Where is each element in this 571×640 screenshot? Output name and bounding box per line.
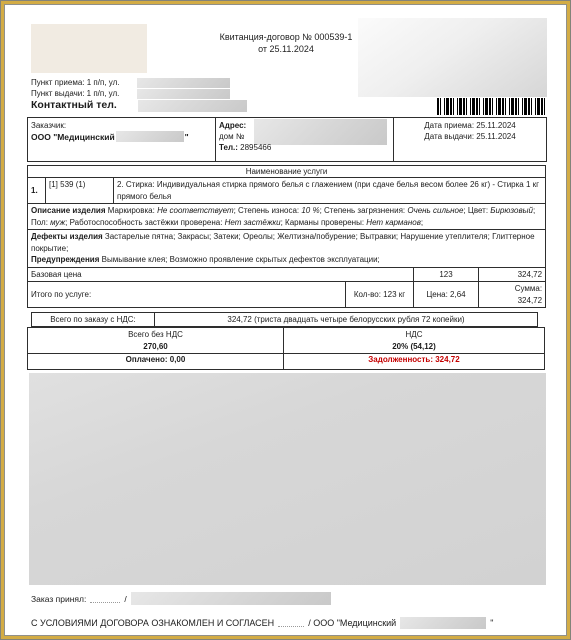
item-description-cell: Описание изделия Маркировка: Не соответс…	[28, 204, 546, 230]
redaction-box	[358, 18, 547, 97]
item-desc-tail: ;	[421, 218, 423, 227]
item-desc-value: 10 %	[301, 206, 319, 215]
phone-label: Тел.:	[219, 143, 238, 152]
address-label: Адрес:	[219, 121, 246, 130]
order-accepted-line: Заказ принял: /	[31, 591, 331, 605]
debt-cell: Задолженность: 324,72	[284, 354, 544, 369]
order-total-row: Всего по заказу с НДС: 324,72 (триста дв…	[31, 312, 538, 327]
item-desc-key: ; Цвет:	[463, 206, 490, 215]
paid-cell: Оплачено: 0,00	[28, 354, 284, 369]
item-desc-key: ; Работоспособность застёжки проверена:	[65, 218, 225, 227]
paid-value: Оплачено: 0,00	[126, 355, 186, 364]
services-table: Наименование услуги 1. [1] 539 (1) 2. Ст…	[27, 165, 546, 308]
phone-value: 2895466	[240, 143, 271, 152]
order-total-label: Всего по заказу с НДС:	[32, 313, 155, 326]
item-desc-value: Нет карманов	[366, 218, 421, 227]
customer-cell: Заказчик: ООО "Медицинский"	[28, 118, 216, 161]
signature-line	[90, 601, 120, 603]
contact-phone-label: Контактный тел.	[31, 99, 117, 111]
service-description: 2. Стирка: Индивидуальная стирка прямого…	[114, 178, 546, 204]
item-desc-value: муж	[50, 218, 65, 227]
base-price-sum: 324,72	[479, 267, 546, 282]
item-desc-key: Маркировка:	[108, 206, 157, 215]
vat-label: НДС	[284, 329, 544, 341]
item-desc-value: Нет застёжки	[225, 218, 281, 227]
redaction-box	[116, 131, 184, 142]
address-cell: Адрес: дом № Тел.: 2895466	[216, 118, 394, 161]
redaction-box	[137, 78, 230, 88]
item-desc-key: ; Карманы проверены:	[281, 218, 367, 227]
debt-value: Задолженность: 324,72	[368, 355, 459, 364]
agreement-line: С УСЛОВИЯМИ ДОГОВОРА ОЗНАКОМЛЕН И СОГЛАС…	[31, 615, 493, 629]
redaction-block-large	[29, 373, 546, 585]
barcode	[437, 98, 547, 115]
base-price-label: Базовая цена	[28, 267, 414, 282]
service-total-price: Цена: 2,64	[414, 282, 479, 308]
agreement-company: / ООО "Медицинский	[308, 618, 396, 629]
redaction-box	[131, 592, 331, 605]
date-issued: Дата выдачи: 25.11.2024	[397, 131, 543, 142]
item-desc-key: ; Степень износа:	[234, 206, 302, 215]
item-desc-value: Не соответствует	[157, 206, 234, 215]
order-accepted-label: Заказ принял:	[31, 594, 86, 605]
base-price-qty: 123	[414, 267, 479, 282]
agreement-text: С УСЛОВИЯМИ ДОГОВОРА ОЗНАКОМЛЕН И СОГЛАС…	[31, 618, 274, 629]
redaction-box	[400, 617, 486, 629]
house-label: дом №	[219, 131, 390, 142]
service-total-label: Итого по услуге:	[28, 282, 346, 308]
customer-name-close: "	[185, 132, 189, 142]
redaction-box	[138, 100, 247, 112]
vat-breakdown-table: Всего без НДС 270,60 НДС 20% (54,12) Опл…	[27, 327, 545, 370]
warnings-text: Вымывание клея; Возможно проявление скры…	[102, 255, 380, 264]
receipt-document: Квитанция-договор № 000539-1 от 25.11.20…	[0, 0, 571, 640]
issue-point-line: Пункт выдачи: 1 п/п, ул.	[31, 88, 119, 99]
item-description-label: Описание изделия	[31, 206, 105, 215]
service-row-number: 1.	[28, 178, 46, 204]
defects-label: Дефекты изделия	[31, 232, 103, 241]
service-total-sum: Сумма: 324,72	[479, 282, 546, 308]
services-header: Наименование услуги	[28, 166, 546, 178]
vat-cell: НДС 20% (54,12)	[284, 328, 544, 354]
signature-line	[278, 625, 304, 627]
total-without-vat-cell: Всего без НДС 270,60	[28, 328, 284, 354]
order-total-value: 324,72 (триста двадцать четыре белорусск…	[155, 313, 537, 326]
vat-value: 20% (54,12)	[392, 342, 436, 351]
defects-text: Застарелые пятна; Закрасы; Затеки; Ореол…	[31, 232, 535, 253]
redaction-box	[137, 89, 230, 99]
date-received: Дата приема: 25.11.2024	[397, 120, 543, 131]
item-desc-value: Бирюзовый	[490, 206, 533, 215]
total-without-vat-value: 270,60	[143, 342, 167, 351]
order-accepted-slash: /	[124, 594, 126, 605]
customer-label: Заказчик:	[31, 120, 212, 131]
dates-cell: Дата приема: 25.11.2024 Дата выдачи: 25.…	[394, 118, 546, 161]
customer-name: ООО "Медицинский	[31, 132, 115, 142]
warnings-label: Предупреждения	[31, 255, 99, 264]
total-without-vat-label: Всего без НДС	[28, 329, 283, 341]
item-desc-key: ; Степень загрязнения:	[320, 206, 408, 215]
service-total-qty: Кол-во: 123 кг	[346, 282, 414, 308]
parties-table: Заказчик: ООО "Медицинский" Адрес: дом №…	[27, 117, 547, 162]
defects-cell: Дефекты изделия Застарелые пятна; Закрас…	[28, 230, 546, 268]
item-desc-value: Очень сильное	[407, 206, 463, 215]
service-code: [1] 539 (1)	[46, 178, 114, 204]
pickup-point-line: Пункт приема: 1 п/п, ул.	[31, 77, 119, 88]
agreement-close-quote: "	[490, 618, 493, 629]
